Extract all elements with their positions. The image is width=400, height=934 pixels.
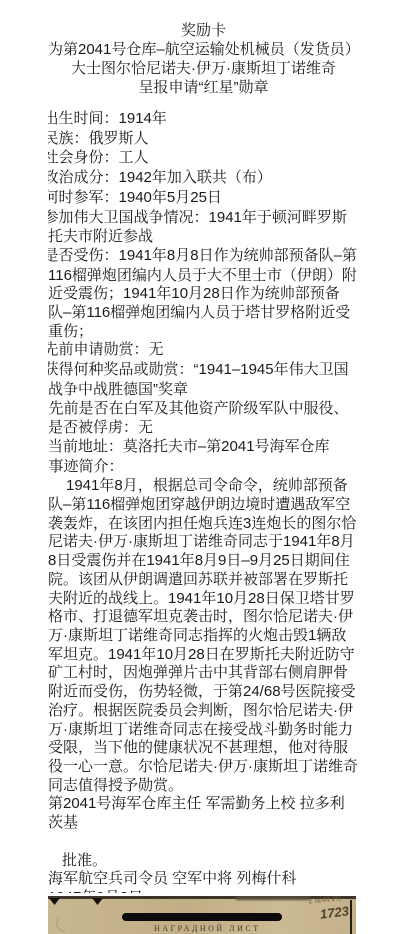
field-row: 6.参加伟大卫国战争情况：1941年于顿河畔罗斯托夫市附近参战	[48, 209, 359, 247]
field-row: 12.事迹简介：	[48, 458, 359, 478]
scan-typed-title: НАГРАДНОЙ ЛИСТ	[154, 924, 261, 933]
header-request-line: 呈报申请“红星”勋章	[48, 78, 359, 97]
scan-pencil-mark	[55, 917, 69, 932]
field-row: 1.出生时间：1914年	[48, 110, 359, 130]
page-title: 奖励卡	[48, 21, 359, 40]
award-card-document: 奖励卡 为第2041号仓库–航空运输处机械员（发货员） 大士图尔恰尼诺夫·伊万·…	[0, 0, 400, 934]
field-text: 何时参军：1940年5月25日	[48, 189, 222, 206]
field-row: 9.获得何种奖品或勋赏：“1941–1945年伟大卫国战争中战胜德国”奖章	[48, 361, 359, 399]
field-text: 先前是否在白军及其他资产阶级军队中服役、是否被俘虏：无	[48, 400, 349, 437]
field-text: 事迹简介：	[49, 458, 124, 475]
field-text: 是否受伤：1941年8月8日作为统帅部预备队–第116榴弹炮团编内人员于大不里士…	[48, 247, 357, 340]
document-header: 奖励卡 为第2041号仓库–航空运输处机械员（发货员） 大士图尔恰尼诺夫·伊万·…	[48, 21, 359, 97]
field-row: 7.是否受伤：1941年8月8日作为统帅部预备队–第116榴弹炮团编内人员于大不…	[48, 247, 359, 342]
deed-summary-paragraph: 1941年8月，根据总司令命令，统帅部预备队–第116榴弹炮团穿越伊朗边境时遭遇…	[48, 477, 359, 795]
field-text: 出生时间：1914年	[48, 110, 167, 127]
redaction-bar	[122, 913, 282, 921]
approval-date: 1947年9月8日	[48, 889, 359, 893]
header-position-line: 为第2041号仓库–航空运输处机械员（发货员）	[48, 40, 359, 59]
approval-signer: 海军航空兵司令员 空军中将 列梅什科	[48, 870, 359, 889]
approval-label: 批准。	[48, 852, 359, 871]
document-body: 奖励卡 为第2041号仓库–航空运输处机械员（发货员） 大士图尔恰尼诺夫·伊万·…	[48, 21, 359, 893]
warehouse-chief-signature: 第2041号海军仓库主任 军需勤务上校 拉多利茨基	[48, 795, 359, 832]
scanned-original-document-image: НАГРАДНОЙ ЛИСТ с №44 2½ 1723	[48, 896, 356, 934]
scan-tear-mark	[49, 898, 60, 905]
field-row: 10.先前是否在白军及其他资产阶级军队中服役、是否被俘虏：无	[48, 400, 359, 438]
field-row: 8.先前申请勋赏：无	[48, 341, 359, 361]
field-text: 当前地址：莫洛托夫市–第2041号海军仓库	[48, 438, 330, 455]
field-text: 民族：俄罗斯人	[48, 130, 149, 147]
field-row: 11.当前地址：莫洛托夫市–第2041号海军仓库	[48, 438, 359, 458]
field-text: 政治成分：1942年加入联共（布）	[48, 169, 272, 186]
field-text: 社会身份：工人	[48, 149, 149, 166]
field-text: 参加伟大卫国战争情况：1941年于顿河畔罗斯托夫市附近参战	[48, 209, 347, 246]
field-text: 先前申请勋赏：无	[48, 341, 164, 358]
approval-block: 批准。 海军航空兵司令员 空军中将 列梅什科 1947年9月8日	[48, 852, 359, 893]
field-row: 3.社会身份：工人	[48, 149, 359, 169]
field-row: 2.民族：俄罗斯人	[48, 130, 359, 150]
fields-list: 1.出生时间：1914年 2.民族：俄罗斯人 3.社会身份：工人 4.政治成分：…	[48, 110, 359, 477]
header-name-line: 大士图尔恰尼诺夫·伊万·康斯坦丁诺维奇	[48, 59, 359, 78]
scan-ink-smudge	[236, 896, 310, 900]
field-row: 5.何时参军：1940年5月25日	[48, 189, 359, 209]
scan-tear-mark	[92, 898, 103, 905]
scan-vertical-rule	[350, 900, 352, 934]
field-text: 获得何种奖品或勋赏：“1941–1945年伟大卫国战争中战胜德国”奖章	[48, 361, 349, 398]
field-row: 4.政治成分：1942年加入联共（布）	[48, 169, 359, 189]
scan-handwritten-number: 1723	[319, 903, 350, 921]
